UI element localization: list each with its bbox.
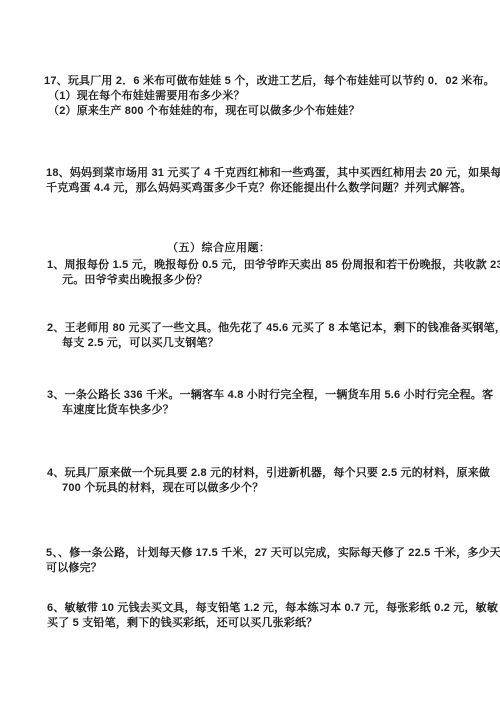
problem-3: 3、一条公路长 336 千米。一辆客车 4.8 小时行完全程，一辆货车用 5.6…	[47, 388, 493, 418]
problem-4: 4、玩具厂原来做一个玩具要 2.8 元的材料，引进新机器，每个只要 2.5 元的…	[47, 466, 490, 496]
problem-4-text-line-2: 700 个玩具的材料，现在可以做多少个？	[47, 481, 490, 496]
problem-2: 2、王老师用 80 元买了一些文具。他先花了 45.6 元买了 8 本笔记本，剩…	[47, 321, 500, 351]
problem-6-text-line-2: 买了 5 支铅笔，剩下的钱买彩纸，还可以买几张彩纸？	[47, 616, 498, 631]
problem-2-text-line-2: 每支 2.5 元，可以买几支钢笔？	[47, 336, 500, 351]
problem-17-subquestion-2: （2）原来生产 800 个布娃娃的布，现在可以做多少个布娃娃？	[44, 104, 495, 119]
problem-3-text-line-2: 车速度比货车快多少？	[47, 403, 493, 418]
problem-2-text-line-1: 2、王老师用 80 元买了一些文具。他先花了 45.6 元买了 8 本笔记本，剩…	[47, 321, 500, 336]
problem-4-text-line-1: 4、玩具厂原来做一个玩具要 2.8 元的材料，引进新机器，每个只要 2.5 元的…	[47, 466, 490, 481]
problem-6: 6、敏敏带 10 元钱去买文具，每支铅笔 1.2 元，每本练习本 0.7 元，每…	[47, 601, 498, 631]
problem-17-text: 17、玩具厂用 2．6 米布可做布娃娃 5 个，改进工艺后，每个布娃娃可以节约 …	[44, 74, 495, 89]
problem-5: 5、、修一条公路，计划每天修 17.5 千米，27 天可以完成，实际每天修了 2…	[46, 546, 500, 576]
problem-18-text-line-1: 18、妈妈到菜市场用 31 元买了 4 千克西红柿和一些鸡蛋，其中买西红柿用去 …	[46, 166, 500, 181]
problem-1-text-line-2: 元。田爷爷卖出晚报多少份？	[47, 273, 500, 288]
problem-18-text-line-2: 千克鸡蛋 4.4 元，那么妈妈买鸡蛋多少千克？你还能提出什么数学问题？并列式解答…	[46, 181, 500, 196]
problem-1: 1、周报每份 1.5 元，晚报每份 0.5 元，田爷爷昨天卖出 85 份周报和若…	[47, 258, 500, 288]
problem-5-text-line-2: 可以修完？	[46, 561, 500, 576]
section-five-heading: （五）综合应用题：	[167, 241, 271, 256]
problem-3-text-line-1: 3、一条公路长 336 千米。一辆客车 4.8 小时行完全程，一辆货车用 5.6…	[47, 388, 493, 403]
problem-6-text-line-1: 6、敏敏带 10 元钱去买文具，每支铅笔 1.2 元，每本练习本 0.7 元，每…	[47, 601, 498, 616]
problem-5-text-line-1: 5、、修一条公路，计划每天修 17.5 千米，27 天可以完成，实际每天修了 2…	[46, 546, 500, 561]
problem-17: 17、玩具厂用 2．6 米布可做布娃娃 5 个，改进工艺后，每个布娃娃可以节约 …	[44, 74, 495, 119]
worksheet-page: 17、玩具厂用 2．6 米布可做布娃娃 5 个，改进工艺后，每个布娃娃可以节约 …	[0, 0, 500, 707]
problem-18: 18、妈妈到菜市场用 31 元买了 4 千克西红柿和一些鸡蛋，其中买西红柿用去 …	[46, 166, 500, 196]
problem-1-text-line-1: 1、周报每份 1.5 元，晚报每份 0.5 元，田爷爷昨天卖出 85 份周报和若…	[47, 258, 500, 273]
problem-17-subquestion-1: （1）现在每个布娃娃需要用布多少米？	[44, 89, 495, 104]
